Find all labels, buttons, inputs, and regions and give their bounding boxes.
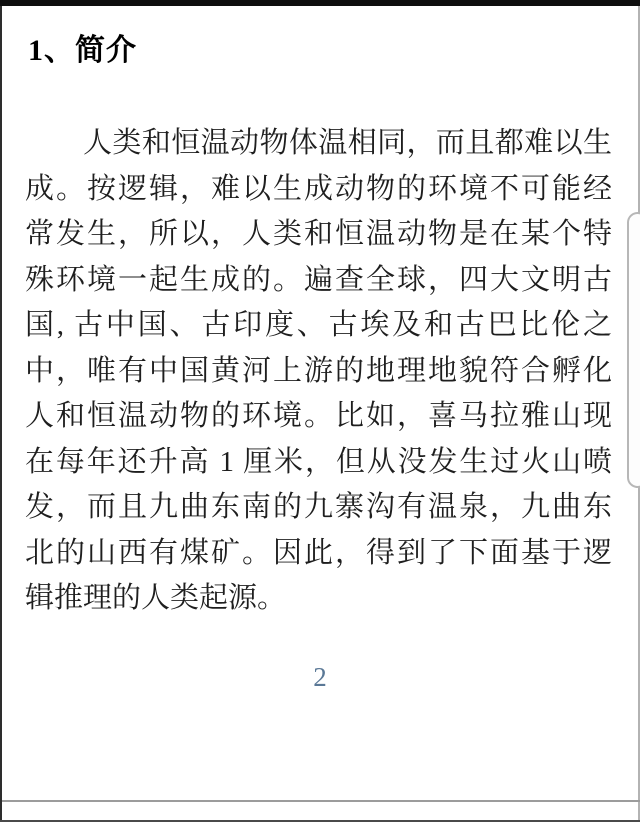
document-page: 1、简介 人类和恒温动物体温相同，而且都难以生成。按逻辑，难以生成动物的环境不可… <box>0 0 640 822</box>
page-bottom-divider <box>0 800 640 802</box>
body-line: 辑推理的人类起源。 <box>25 576 612 622</box>
body-paragraph: 人类和恒温动物体温相同，而且都难以生成。按逻辑，难以生成动物的环境不可能经常发生… <box>0 121 640 622</box>
scrollbar-thumb[interactable] <box>627 212 640 488</box>
body-line: 在每年还升高 1 厘米，但从没发生过火山喷 <box>25 440 612 486</box>
body-line: 成。按逻辑，难以生成动物的环境不可能经 <box>25 167 612 213</box>
reader-screen: 1、简介 人类和恒温动物体温相同，而且都难以生成。按逻辑，难以生成动物的环境不可… <box>0 0 640 822</box>
section-heading: 1、简介 <box>28 33 640 69</box>
body-line: 中，唯有中国黄河上游的地理地貌符合孵化 <box>25 349 612 395</box>
top-letterbox-bar <box>0 0 640 6</box>
page-number-label: 2 <box>0 662 640 693</box>
body-line: 殊环境一起生成的。遍查全球，四大文明古 <box>25 258 612 304</box>
body-line: 人类和恒温动物体温相同，而且都难以生 <box>25 121 612 167</box>
body-line: 人和恒温动物的环境。比如，喜马拉雅山现 <box>25 394 612 440</box>
body-line: 国, 古中国、古印度、古埃及和古巴比伦之 <box>25 303 612 349</box>
body-line: 北的山西有煤矿。因此，得到了下面基于逻 <box>25 531 612 577</box>
body-line: 发，而且九曲东南的九寨沟有温泉，九曲东 <box>25 485 612 531</box>
body-line: 常发生，所以，人类和恒温动物是在某个特 <box>25 212 612 258</box>
left-edge-line <box>0 0 2 822</box>
